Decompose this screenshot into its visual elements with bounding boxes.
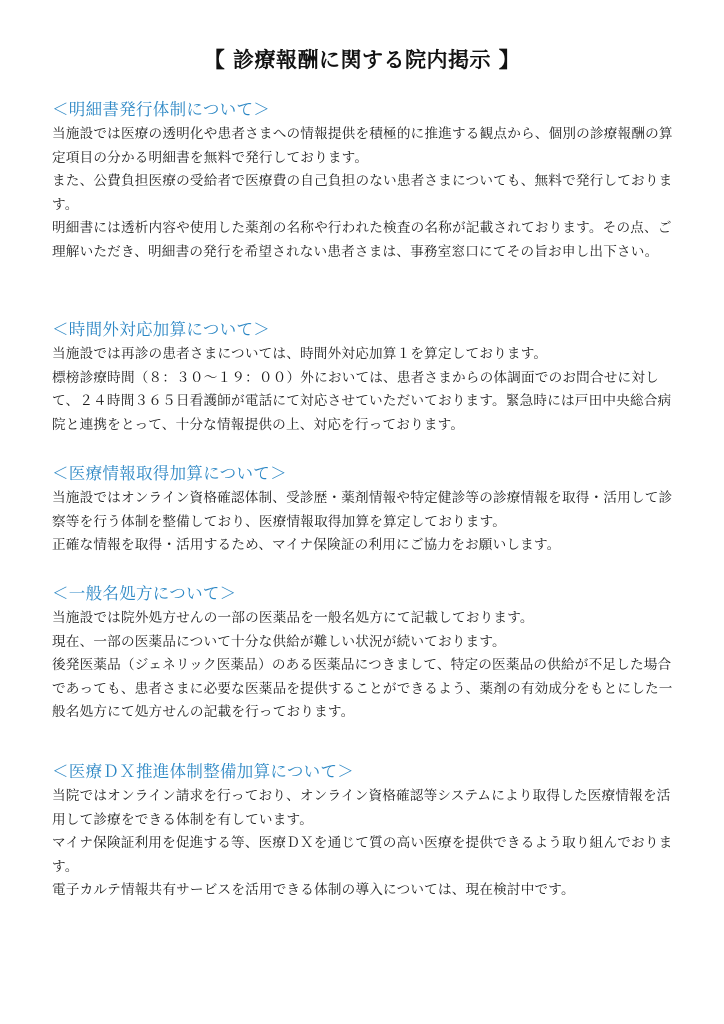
section-paragraph: 当施設では再診の患者さまについては、時間外対応加算１を算定しております。 bbox=[52, 343, 677, 367]
section-statement-issuance: ＜明細書発行体制について＞ 当施設では医療の透明化や患者さまへの情報提供を積極的… bbox=[52, 98, 677, 264]
section-paragraph: 当施設ではオンライン資格確認体制、受診歴・薬剤情報や特定健診等の診療情報を取得・… bbox=[52, 487, 677, 534]
section-heading: ＜時間外対応加算について＞ bbox=[52, 318, 677, 343]
section-paragraph: マイナ保険証利用を促進する等、医療ＤＸを通じて質の高い医療を提供できるよう取り組… bbox=[52, 832, 677, 879]
section-paragraph: 正確な情報を取得・活用するため、マイナ保険証の利用にご協力をお願いします。 bbox=[52, 534, 677, 558]
section-paragraph: 後発医薬品（ジェネリック医薬品）のある医薬品につきまして、特定の医薬品の供給が不… bbox=[52, 654, 677, 725]
section-heading: ＜医療ＤＸ推進体制整備加算について＞ bbox=[52, 760, 677, 785]
page-title: 【 診療報酬に関する院内掲示 】 bbox=[0, 44, 724, 74]
notice-page: 【 診療報酬に関する院内掲示 】 ＜明細書発行体制について＞ 当施設では医療の透… bbox=[0, 0, 724, 1024]
section-heading: ＜医療情報取得加算について＞ bbox=[52, 462, 677, 487]
section-paragraph: 現在、一部の医薬品について十分な供給が難しい状況が続いております。 bbox=[52, 631, 677, 655]
section-paragraph: 当施設では院外処方せんの一部の医薬品を一般名処方にて記載しております。 bbox=[52, 607, 677, 631]
section-paragraph: 電子カルテ情報共有サービスを活用できる体制の導入については、現在検討中です。 bbox=[52, 879, 677, 903]
section-paragraph: また、公費負担医療の受給者で医療費の自己負担のない患者さまについても、無料で発行… bbox=[52, 170, 677, 217]
section-medical-dx: ＜医療ＤＸ推進体制整備加算について＞ 当院ではオンライン請求を行っており、オンラ… bbox=[52, 760, 677, 903]
section-paragraph: 標榜診療時間（８：３０～１９：００）外においては、患者さまからの体調面でのお問合… bbox=[52, 367, 677, 438]
section-after-hours: ＜時間外対応加算について＞ 当施設では再診の患者さまについては、時間外対応加算１… bbox=[52, 318, 677, 437]
section-paragraph: 当施設では医療の透明化や患者さまへの情報提供を積極的に推進する観点から、個別の診… bbox=[52, 123, 677, 170]
section-paragraph: 当院ではオンライン請求を行っており、オンライン資格確認等システムにより取得した医… bbox=[52, 785, 677, 832]
section-generic-prescription: ＜一般名処方について＞ 当施設では院外処方せんの一部の医薬品を一般名処方にて記載… bbox=[52, 582, 677, 725]
section-medical-info-acquisition: ＜医療情報取得加算について＞ 当施設ではオンライン資格確認体制、受診歴・薬剤情報… bbox=[52, 462, 677, 558]
section-paragraph: 明細書には透析内容や使用した薬剤の名称や行われた検査の名称が記載されております。… bbox=[52, 217, 677, 264]
section-heading: ＜明細書発行体制について＞ bbox=[52, 98, 677, 123]
section-heading: ＜一般名処方について＞ bbox=[52, 582, 677, 607]
